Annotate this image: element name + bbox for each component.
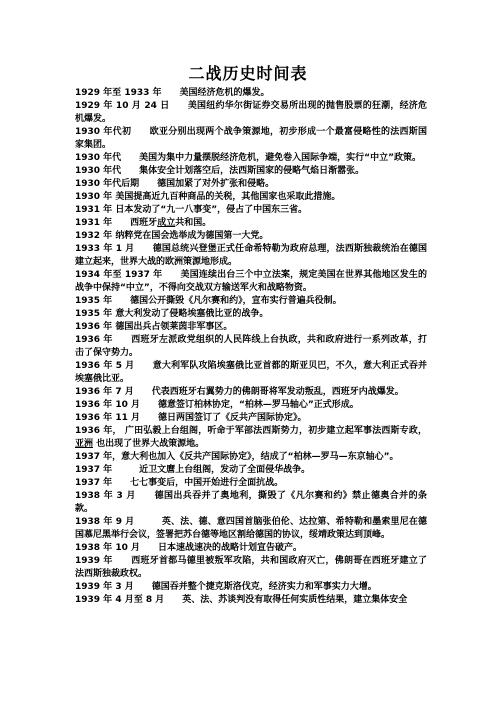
timeline-entry: 1937 年，意大利也加入《反共产国际协定》，结成了“柏林—罗马—东京轴心”。	[75, 451, 427, 464]
timeline-entry: 1936 年 10 月 德意签订柏林协定，“柏林—罗马轴心”正式形成。	[75, 399, 427, 412]
timeline-entry: 1930 年代初 欧亚分别出现两个战争策源地，初步形成一个最富侵略性的法西斯国家…	[75, 126, 427, 152]
timeline-entry: 1936 年 5 月 意大利军队攻陷埃塞俄比亚首都的斯亚贝巴，不久，意大利正式吞…	[75, 360, 427, 386]
timeline-entry: 1938 年 3 月 德国出兵吞并了奥地利，撕毁了《凡尔赛和约》禁止德奥合并的条…	[75, 490, 427, 516]
timeline-entry: 1933 年 1 月 德国总统兴登堡正式任命希特勒为政府总理，法西斯独裁统治在德…	[75, 243, 427, 269]
timeline-entry: 1936 年 西班牙左派政党组织的人民阵线上台执政，共和政府进行一系列改革，打击…	[75, 334, 427, 360]
document-page: 二战历史时间表 1929 年至 1933 年 美国经济危机的爆发。1929 年 …	[0, 0, 496, 702]
timeline-entry: 1937 年 近卫文麿上台组阁，发动了全面侵华战争。	[75, 464, 427, 477]
timeline-entry: 1939 年 4 月至 8 月 英、法、苏谈判没有取得任何实质性结果，建立集体安…	[75, 594, 427, 607]
timeline-entry: 1936 年， 广田弘毅上台组阁，听命于军部法西斯势力，初步建立起军事法西斯专政…	[75, 425, 427, 451]
timeline-entry: 1929 年 10 月 24 日 美国纽约华尔街证券交易所出现的抛售股票的狂潮，…	[75, 100, 427, 126]
timeline-entry: 1938 年 10 月 日本速战速决的战略计划宣告破产。	[75, 542, 427, 555]
timeline-entry: 1935 年 德国公开撕毁《凡尔赛和约》，宣布实行普遍兵役制。	[75, 295, 427, 308]
timeline-content: 1929 年至 1933 年 美国经济危机的爆发。1929 年 10 月 24 …	[75, 87, 427, 607]
document-title: 二战历史时间表	[0, 61, 496, 84]
timeline-entry: 1932 年 纳粹党在国会选举成为德国第一大党。	[75, 230, 427, 243]
timeline-entry: 1936 年 德国出兵占领莱茵非军事区。	[75, 321, 427, 334]
timeline-entry: 1939 年 西班牙首都马德里被叛军攻陷，共和国政府灭亡，佛朗哥在西班牙建立了法…	[75, 555, 427, 581]
timeline-entry: 1934 年至 1937 年 美国连续出台三个中立法案，规定美国在世界其他地区发…	[75, 269, 427, 295]
timeline-entry: 1930 年代后期 德国加紧了对外扩张和侵略。	[75, 178, 427, 191]
underlined-text: 成立	[157, 218, 175, 228]
timeline-entry: 1930 年 美国提高近九百种商品的关税，其他国家也采取此措施。	[75, 191, 427, 204]
timeline-entry: 1930 年代 集体安全计划落空后，法西斯国家的侵略气焰日渐嚣张。	[75, 165, 427, 178]
timeline-entry: 1938 年 9 月 英、法、德、意四国首脑张伯伦、达拉第、希特勒和墨索里尼在德…	[75, 516, 427, 542]
underlined-text: 亚洲	[75, 439, 93, 449]
timeline-entry: 1937 年 七七事变后，中国开始进行全面抗战。	[75, 477, 427, 490]
timeline-entry: 1935 年 意大利发动了侵略埃塞俄比亚的战争。	[75, 308, 427, 321]
timeline-entry: 1931 年 西班牙成立共和国。	[75, 217, 427, 230]
timeline-entry: 1936 年 7 月 代表西班牙右翼势力的佛朗哥将军发动叛乱，西班牙内战爆发。	[75, 386, 427, 399]
timeline-entry: 1931 年 日本发动了“九一八事变”，侵占了中国东三省。	[75, 204, 427, 217]
timeline-entry: 1929 年至 1933 年 美国经济危机的爆发。	[75, 87, 427, 100]
timeline-entry: 1939 年 3 月 德国吞并整个捷克斯洛伐克，经济实力和军事实力大增。	[75, 581, 427, 594]
timeline-entry: 1936 年 11 月 德日两国签订了《反共产国际协定》。	[75, 412, 427, 425]
timeline-entry: 1930 年代 美国为集中力量摆脱经济危机，避免卷入国际争端，实行“中立”政策。	[75, 152, 427, 165]
